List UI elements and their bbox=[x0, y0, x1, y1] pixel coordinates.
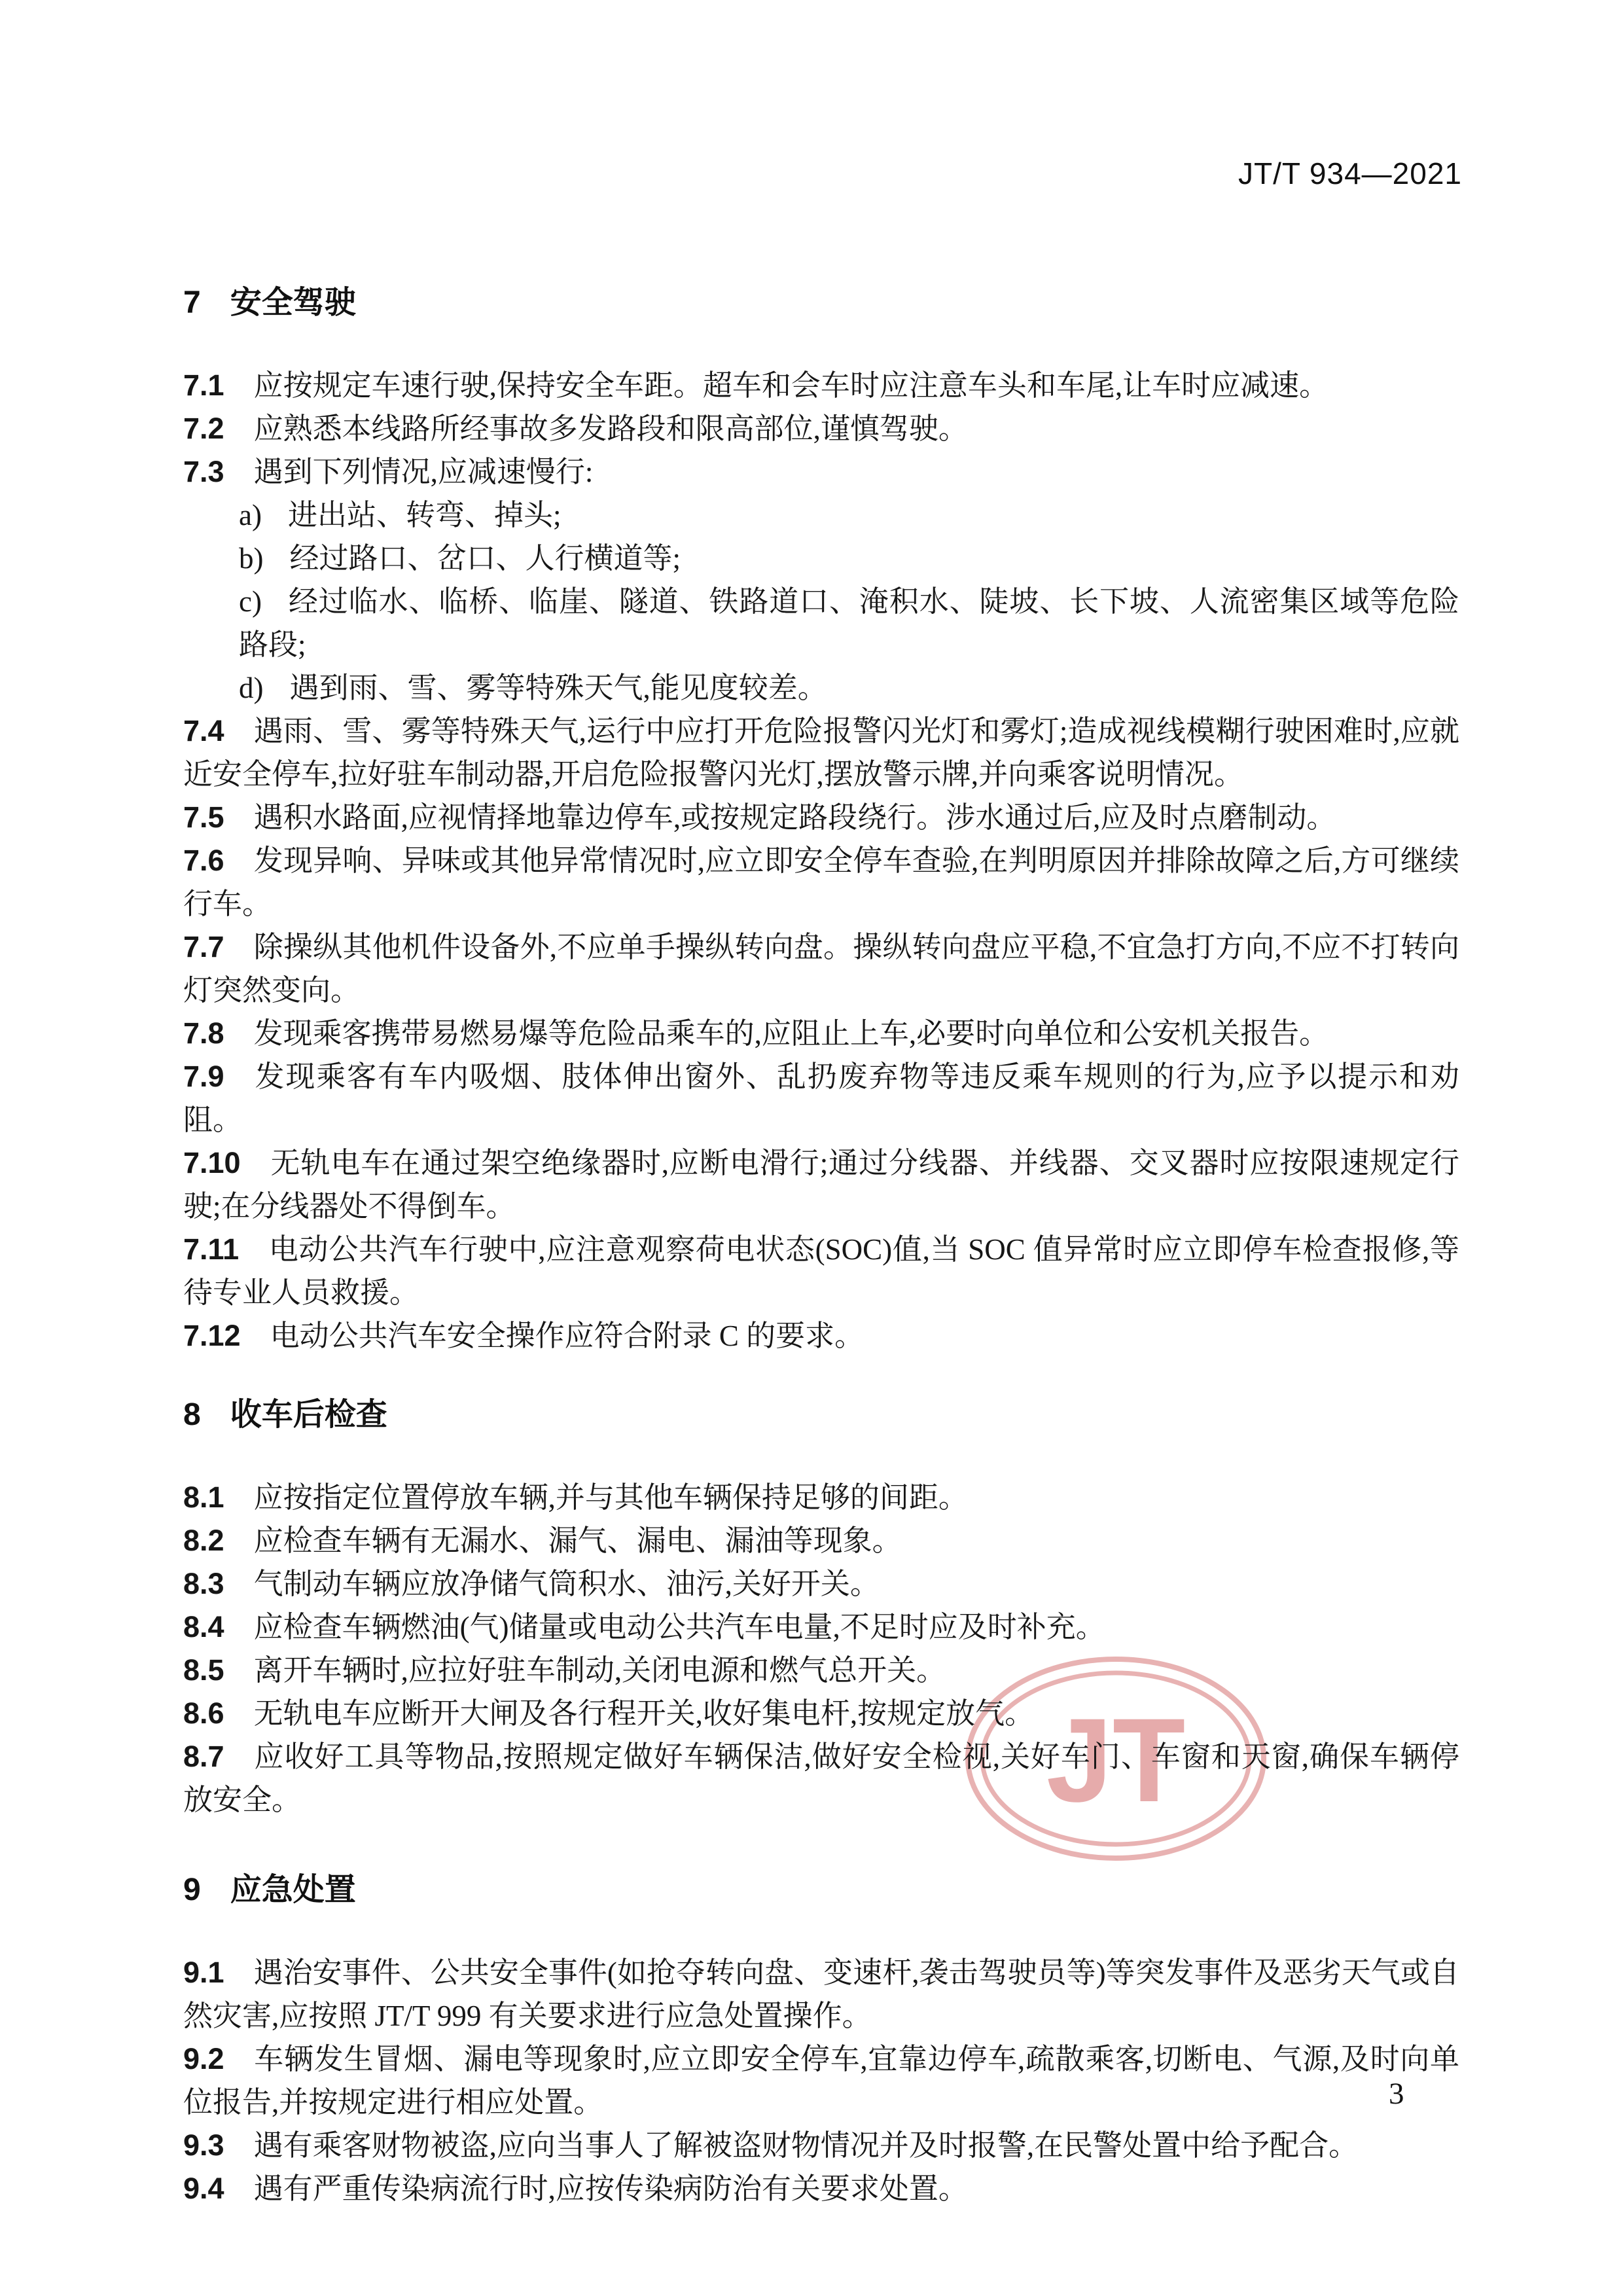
clause-8-5: 8.5离开车辆时,应拉好驻车制动,关闭电源和燃气总开关。 bbox=[183, 1649, 1459, 1692]
clause-9-1-text: 遇治安事件、公共安全事件(如抢夺转向盘、变速杆,袭击驾驶员等)等突发事件及恶劣天… bbox=[183, 1956, 1459, 2032]
clause-7-7-number: 7.7 bbox=[183, 930, 224, 963]
clause-9-3-text: 遇有乘客财物被盗,应向当事人了解被盗财物情况并及时报警,在民警处置中给予配合。 bbox=[254, 2129, 1359, 2162]
list-item-d: d)遇到雨、雪、雾等特殊天气,能见度较差。 bbox=[183, 666, 1459, 709]
clause-7-8-number: 7.8 bbox=[183, 1016, 224, 1050]
section-7-safe-driving: 7安全驾驶 7.1应按规定车速行驶,保持安全车距。超车和会车时应注意车头和车尾,… bbox=[183, 281, 1459, 1357]
clause-7-3-text: 遇到下列情况,应减速慢行: bbox=[254, 456, 594, 488]
section-7-heading: 7安全驾驶 bbox=[183, 281, 1459, 325]
clause-7-3: 7.3遇到下列情况,应减速慢行: bbox=[183, 450, 1459, 493]
list-item-c-text: 经过临水、临桥、临崖、隧道、铁路道口、淹积水、陡坡、长下坡、人流密集区域等危险路… bbox=[239, 585, 1459, 661]
clause-9-3: 9.3遇有乘客财物被盗,应向当事人了解被盗财物情况并及时报警,在民警处置中给予配… bbox=[183, 2124, 1459, 2167]
clause-7-8: 7.8发现乘客携带易燃易爆等危险品乘车的,应阻止上车,必要时向单位和公安机关报告… bbox=[183, 1012, 1459, 1055]
clause-7-12-text: 电动公共汽车安全操作应符合附录 C 的要求。 bbox=[270, 1319, 865, 1352]
clause-8-4-text: 应检查车辆燃油(气)储量或电动公共汽车电量,不足时应及时补充。 bbox=[254, 1611, 1105, 1643]
clause-8-2-text: 应检查车辆有无漏水、漏气、漏电、漏油等现象。 bbox=[254, 1524, 902, 1557]
list-item-c-label: c) bbox=[239, 585, 262, 618]
clause-8-1-number: 8.1 bbox=[183, 1480, 224, 1514]
clause-9-2-text: 车辆发生冒烟、漏电等现象时,应立即安全停车,宜靠边停车,疏散乘客,切断电、气源,… bbox=[183, 2043, 1459, 2119]
clause-7-11: 7.11电动公共汽车行驶中,应注意观察荷电状态(SOC)值,当 SOC 值异常时… bbox=[183, 1228, 1459, 1314]
list-item-a-label: a) bbox=[239, 499, 262, 531]
clause-8-6-text: 无轨电车应断开大闸及各行程开关,收好集电杆,按规定放气。 bbox=[254, 1697, 1035, 1730]
clause-9-4: 9.4遇有严重传染病流行时,应按传染病防治有关要求处置。 bbox=[183, 2167, 1459, 2210]
section-9-emergency-response: 9应急处置 9.1遇治安事件、公共安全事件(如抢夺转向盘、变速杆,袭击驾驶员等)… bbox=[183, 1869, 1459, 2210]
clause-8-5-text: 离开车辆时,应拉好驻车制动,关闭电源和燃气总开关。 bbox=[254, 1654, 946, 1687]
clause-8-7-text: 应收好工具等物品,按照规定做好车辆保洁,做好安全检视,关好车门、车窗和天窗,确保… bbox=[183, 1740, 1459, 1816]
list-item-c: c)经过临水、临桥、临崖、隧道、铁路道口、淹积水、陡坡、长下坡、人流密集区域等危… bbox=[183, 580, 1459, 666]
list-item-b-label: b) bbox=[239, 542, 264, 575]
clause-7-6-number: 7.6 bbox=[183, 844, 224, 877]
section-8-heading: 8收车后检查 bbox=[183, 1393, 1459, 1437]
clause-7-9: 7.9发现乘客有车内吸烟、肢体伸出窗外、乱扔废弃物等违反乘车规则的行为,应予以提… bbox=[183, 1055, 1459, 1141]
clause-8-3-text: 气制动车辆应放净储气筒积水、油污,关好开关。 bbox=[254, 1568, 880, 1600]
clause-7-2: 7.2应熟悉本线路所经事故多发路段和限高部位,谨慎驾驶。 bbox=[183, 407, 1459, 450]
clause-7-7-text: 除操纵其他机件设备外,不应单手操纵转向盘。操纵转向盘应平稳,不宜急打方向,不应不… bbox=[183, 931, 1459, 1007]
clause-9-3-number: 9.3 bbox=[183, 2128, 224, 2162]
page-number: 3 bbox=[1389, 2076, 1404, 2111]
clause-7-10-text: 无轨电车在通过架空绝缘器时,应断电滑行;通过分线器、并线器、交叉器时应按限速规定… bbox=[183, 1147, 1459, 1223]
clause-9-4-number: 9.4 bbox=[183, 2172, 224, 2205]
clause-9-1: 9.1遇治安事件、公共安全事件(如抢夺转向盘、变速杆,袭击驾驶员等)等突发事件及… bbox=[183, 1951, 1459, 2037]
clause-8-4-number: 8.4 bbox=[183, 1610, 224, 1643]
clause-8-3-number: 8.3 bbox=[183, 1567, 224, 1600]
clause-7-2-text: 应熟悉本线路所经事故多发路段和限高部位,谨慎驾驶。 bbox=[254, 412, 968, 445]
clause-7-12: 7.12电动公共汽车安全操作应符合附录 C 的要求。 bbox=[183, 1314, 1459, 1357]
clause-7-5: 7.5遇积水路面,应视情择地靠边停车,或按规定路段绕行。涉水通过后,应及时点磨制… bbox=[183, 796, 1459, 839]
clause-8-1-text: 应按指定位置停放车辆,并与其他车辆保持足够的间距。 bbox=[254, 1481, 968, 1514]
clause-7-4-text: 遇雨、雪、雾等特殊天气,运行中应打开危险报警闪光灯和雾灯;造成视线模糊行驶困难时… bbox=[183, 715, 1459, 791]
list-item-b-text: 经过路口、岔口、人行横道等; bbox=[290, 542, 681, 575]
clause-8-2-number: 8.2 bbox=[183, 1524, 224, 1557]
clause-8-4: 8.4应检查车辆燃油(气)储量或电动公共汽车电量,不足时应及时补充。 bbox=[183, 1605, 1459, 1649]
clause-7-1-number: 7.1 bbox=[183, 368, 224, 402]
clause-9-1-number: 9.1 bbox=[183, 1956, 224, 1989]
list-item-d-label: d) bbox=[239, 672, 264, 704]
section-8-title: 收车后检查 bbox=[230, 1397, 387, 1432]
clause-8-7: 8.7应收好工具等物品,按照规定做好车辆保洁,做好安全检视,关好车门、车窗和天窗… bbox=[183, 1735, 1459, 1821]
clause-8-2: 8.2应检查车辆有无漏水、漏气、漏电、漏油等现象。 bbox=[183, 1519, 1459, 1562]
clause-8-6: 8.6无轨电车应断开大闸及各行程开关,收好集电杆,按规定放气。 bbox=[183, 1692, 1459, 1735]
clause-7-4-number: 7.4 bbox=[183, 714, 224, 747]
clause-7-1: 7.1应按规定车速行驶,保持安全车距。超车和会车时应注意车头和车尾,让车时应减速… bbox=[183, 364, 1459, 407]
clause-7-9-text: 发现乘客有车内吸烟、肢体伸出窗外、乱扔废弃物等违反乘车规则的行为,应予以提示和劝… bbox=[183, 1060, 1459, 1136]
clause-7-9-number: 7.9 bbox=[183, 1060, 224, 1093]
clause-7-6-text: 发现异响、异味或其他异常情况时,应立即安全停车查验,在判明原因并排除故障之后,方… bbox=[183, 844, 1459, 920]
list-item-a: a)进出站、转弯、掉头; bbox=[183, 493, 1459, 537]
document-page: JT JT/T 934—2021 7安全驾驶 7.1应按规定车速行驶,保持安全车… bbox=[0, 0, 1623, 2296]
document-body: 7安全驾驶 7.1应按规定车速行驶,保持安全车距。超车和会车时应注意车头和车尾,… bbox=[0, 0, 1623, 2210]
list-item-d-text: 遇到雨、雪、雾等特殊天气,能见度较差。 bbox=[290, 672, 827, 704]
clause-8-1: 8.1应按指定位置停放车辆,并与其他车辆保持足够的间距。 bbox=[183, 1476, 1459, 1519]
section-9-title: 应急处置 bbox=[230, 1873, 356, 1907]
clause-7-5-text: 遇积水路面,应视情择地靠边停车,或按规定路段绕行。涉水通过后,应及时点磨制动。 bbox=[254, 801, 1336, 834]
clause-8-7-number: 8.7 bbox=[183, 1740, 224, 1773]
clause-7-4: 7.4遇雨、雪、雾等特殊天气,运行中应打开危险报警闪光灯和雾灯;造成视线模糊行驶… bbox=[183, 709, 1459, 796]
clause-8-3: 8.3气制动车辆应放净储气筒积水、油污,关好开关。 bbox=[183, 1562, 1459, 1605]
clause-7-3-number: 7.3 bbox=[183, 455, 224, 488]
clause-7-6: 7.6发现异响、异味或其他异常情况时,应立即安全停车查验,在判明原因并排除故障之… bbox=[183, 839, 1459, 925]
clause-7-1-text: 应按规定车速行驶,保持安全车距。超车和会车时应注意车头和车尾,让车时应减速。 bbox=[254, 369, 1329, 402]
clause-7-11-number: 7.11 bbox=[183, 1232, 239, 1266]
clause-8-5-number: 8.5 bbox=[183, 1653, 224, 1687]
clause-9-2: 9.2车辆发生冒烟、漏电等现象时,应立即安全停车,宜靠边停车,疏散乘客,切断电、… bbox=[183, 2037, 1459, 2124]
list-item-b: b)经过路口、岔口、人行横道等; bbox=[183, 537, 1459, 580]
clause-7-10-number: 7.10 bbox=[183, 1146, 241, 1179]
clause-7-12-number: 7.12 bbox=[183, 1319, 241, 1352]
section-7-title: 安全驾驶 bbox=[230, 285, 356, 320]
section-8-post-trip-inspection: 8收车后检查 8.1应按指定位置停放车辆,并与其他车辆保持足够的间距。 8.2应… bbox=[183, 1393, 1459, 1821]
clause-7-5-number: 7.5 bbox=[183, 800, 224, 834]
clause-7-11-text: 电动公共汽车行驶中,应注意观察荷电状态(SOC)值,当 SOC 值异常时应立即停… bbox=[183, 1233, 1459, 1309]
clause-9-2-number: 9.2 bbox=[183, 2042, 224, 2075]
clause-7-2-number: 7.2 bbox=[183, 412, 224, 445]
clause-7-10: 7.10无轨电车在通过架空绝缘器时,应断电滑行;通过分线器、并线器、交叉器时应按… bbox=[183, 1141, 1459, 1228]
clause-8-6-number: 8.6 bbox=[183, 1696, 224, 1730]
section-9-heading: 9应急处置 bbox=[183, 1869, 1459, 1912]
section-9-number: 9 bbox=[183, 1873, 201, 1907]
clause-9-4-text: 遇有严重传染病流行时,应按传染病防治有关要求处置。 bbox=[254, 2172, 968, 2205]
section-7-number: 7 bbox=[183, 285, 201, 320]
section-8-number: 8 bbox=[183, 1397, 201, 1432]
clause-7-8-text: 发现乘客携带易燃易爆等危险品乘车的,应阻止上车,必要时向单位和公安机关报告。 bbox=[254, 1017, 1329, 1050]
list-item-a-text: 进出站、转弯、掉头; bbox=[288, 499, 562, 531]
clause-7-7: 7.7除操纵其他机件设备外,不应单手操纵转向盘。操纵转向盘应平稳,不宜急打方向,… bbox=[183, 925, 1459, 1012]
